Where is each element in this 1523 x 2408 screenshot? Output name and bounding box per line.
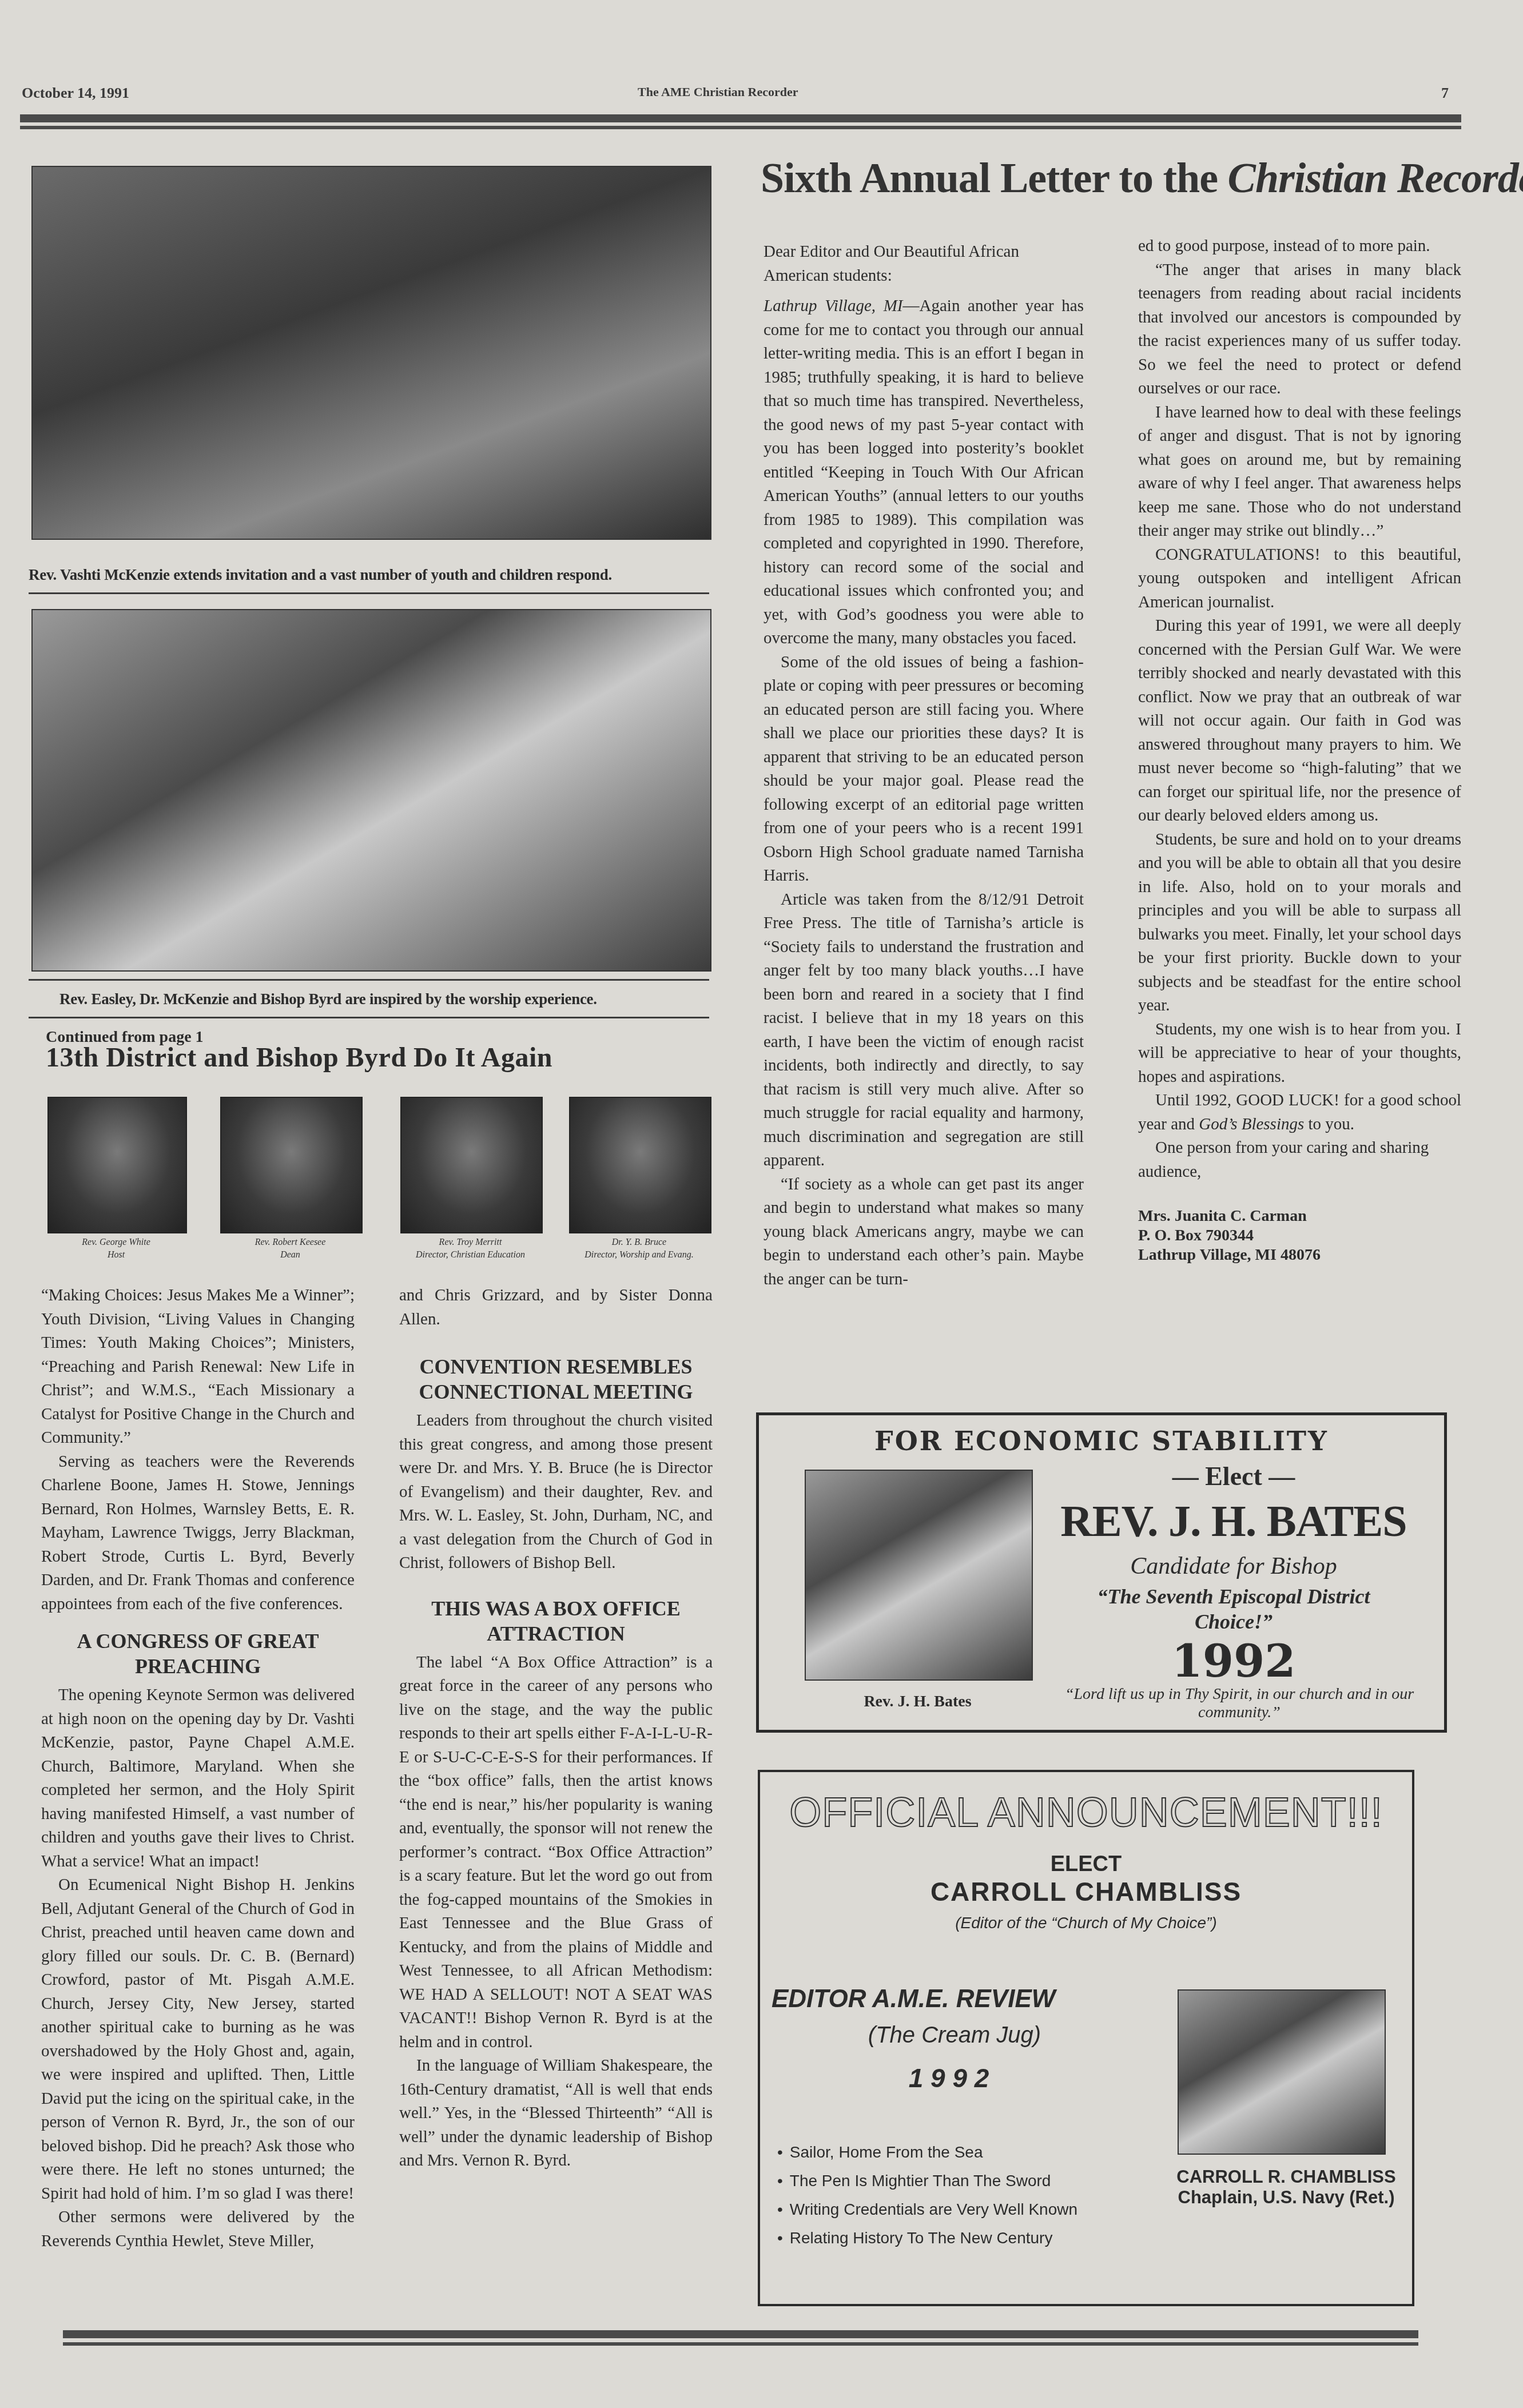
- portrait-caption: Rev. Robert Keesee Dean: [220, 1236, 360, 1261]
- photo-title: Chaplain, U.S. Navy (Ret.): [1172, 2187, 1401, 2208]
- candidate-name: CARROLL CHAMBLISS: [760, 1876, 1412, 1907]
- headline-italic: Christian Recorder: [1228, 155, 1523, 202]
- official-announcement-banner: OFFICIAL ANNOUNCEMENT!!!: [760, 1789, 1412, 1836]
- paragraph: In the language of William Shakespeare, …: [399, 2054, 713, 2173]
- candidate-name: REV. J. H. BATES: [1033, 1495, 1434, 1547]
- qualification-item: Writing Credentials are Very Well Known: [777, 2195, 1077, 2224]
- paragraph: On Ecumenical Night Bishop H. Jenkins Be…: [41, 1873, 355, 2206]
- paragraph: “If society as a whole can get past its …: [764, 1173, 1084, 1292]
- chambliss-photo: [1178, 1989, 1386, 2155]
- paragraph: The label “A Box Office Attraction” is a…: [399, 1651, 713, 2055]
- photo-youth-respond: [31, 166, 711, 540]
- elect-label: — Elect —: [1033, 1461, 1434, 1491]
- caption-divider: [29, 592, 709, 594]
- paragraph: ed to good purpose, instead of to more p…: [1138, 234, 1461, 258]
- footer-rule-thin: [63, 2342, 1418, 2346]
- portrait-caption: Rev. George White Host: [47, 1236, 185, 1261]
- photo-caption: CARROLL R. CHAMBLISS Chaplain, U.S. Navy…: [1172, 2167, 1401, 2208]
- dateline: Lathrup Village, MI: [764, 297, 903, 315]
- subheading-box-office: THIS WAS A BOX OFFICE ATTRACTION: [399, 1596, 713, 1646]
- election-year: 1992: [1033, 1635, 1434, 1687]
- signature-name: Mrs. Juanita C. Carman: [1138, 1207, 1461, 1226]
- paragraph: Students, be sure and hold on to your dr…: [1138, 828, 1461, 1018]
- qualification-item: Sailor, Home From the Sea: [777, 2138, 1077, 2167]
- letter-headline: Sixth Annual Letter to the Christian Rec…: [761, 154, 1523, 203]
- paragraph: Other sermons were delivered by the Reve…: [41, 2206, 355, 2253]
- paragraph: Serving as teachers were the Reverends C…: [41, 1450, 355, 1617]
- qualification-item: Relating History To The New Century: [777, 2224, 1077, 2252]
- portrait-name: Rev. Robert Keesee: [220, 1236, 360, 1249]
- bates-photo: [805, 1470, 1033, 1681]
- footer-rule-thick: [63, 2330, 1418, 2338]
- portrait-name: Rev. Troy Merritt: [389, 1236, 552, 1249]
- bates-motto: “Lord lift us up in Thy Spirit, in our c…: [1056, 1685, 1422, 1722]
- article-column-2: and Chris Grizzard, and by Sister Donna …: [399, 1284, 713, 2173]
- chambliss-campaign-ad: OFFICIAL ANNOUNCEMENT!!! ELECT CARROLL C…: [758, 1770, 1414, 2306]
- candidate-office: Candidate for Bishop: [1033, 1553, 1434, 1580]
- portrait-george-white: [47, 1097, 187, 1233]
- publication-name: The AME Christian Recorder: [638, 85, 798, 99]
- paragraph: Leaders from throughout the church visit…: [399, 1409, 713, 1575]
- portrait-caption: Rev. Troy Merritt Director, Christian Ed…: [389, 1236, 552, 1261]
- paragraph: “The anger that arises in many black tee…: [1138, 258, 1461, 401]
- paragraph: One person from your caring and sharing …: [1138, 1136, 1461, 1184]
- portrait-title: Host: [47, 1249, 185, 1261]
- paragraph: I have learned how to deal with these fe…: [1138, 401, 1461, 543]
- bates-campaign-ad: FOR ECONOMIC STABILITY Rev. J. H. Bates …: [756, 1412, 1447, 1733]
- qualification-item: The Pen Is Mightier Than The Sword: [777, 2167, 1077, 2195]
- portrait-name: Dr. Y. B. Bruce: [555, 1236, 723, 1249]
- ad-top-line: FOR ECONOMIC STABILITY: [759, 1426, 1444, 1456]
- position-title: EDITOR A.M.E. REVIEW: [772, 1985, 1055, 2013]
- paragraph: “Making Choices: Jesus Makes Me a Winner…: [41, 1284, 355, 1450]
- portrait-title: Director, Christian Education: [389, 1249, 552, 1261]
- letter-column-1: Dear Editor and Our Beautiful African Am…: [764, 240, 1084, 1291]
- masthead-rule-thick: [20, 114, 1461, 122]
- photo-worship-leaders: [31, 609, 711, 972]
- issue-date: October 14, 1991: [22, 85, 129, 102]
- masthead-rule-thin: [20, 126, 1461, 129]
- photo-caption-top: Rev. Vashti McKenzie extends invitation …: [29, 566, 612, 584]
- portrait-yb-bruce: [569, 1097, 711, 1233]
- letter-column-2: ed to good purpose, instead of to more p…: [1138, 234, 1461, 1265]
- portrait-troy-merritt: [400, 1097, 543, 1233]
- bates-photo-caption: Rev. J. H. Bates: [805, 1693, 1031, 1711]
- paragraph: Some of the old issues of being a fashio…: [764, 651, 1084, 888]
- photo-caption-second: Rev. Easley, Dr. McKenzie and Bishop Byr…: [59, 990, 597, 1008]
- paragraph: CONGRATULATIONS! to this beautiful, youn…: [1138, 543, 1461, 615]
- caption-divider: [29, 1017, 709, 1018]
- portrait-title: Director, Worship and Evang.: [555, 1249, 723, 1261]
- signature-po-box: P. O. Box 790344: [1138, 1226, 1461, 1245]
- subheading-congress: A CONGRESS OF GREAT PREACHING: [41, 1629, 355, 1679]
- election-year: 1 9 9 2: [772, 2063, 1126, 2093]
- signature-city: Lathrup Village, MI 48076: [1138, 1245, 1461, 1265]
- caption-divider: [29, 979, 709, 981]
- article-column-1: “Making Choices: Jesus Makes Me a Winner…: [41, 1284, 355, 2253]
- paragraph: Until 1992, GOOD LUCK! for a good school…: [1138, 1089, 1461, 1136]
- paragraph: The opening Keynote Sermon was delivered…: [41, 1683, 355, 1873]
- subheading-convention: CONVENTION RESEMBLES CONNECTIONAL MEETIN…: [399, 1354, 713, 1404]
- qualifications-list: Sailor, Home From the Sea The Pen Is Mig…: [777, 2138, 1077, 2252]
- paragraph: Lathrup Village, MI—Again another year h…: [764, 294, 1084, 651]
- portrait-caption: Dr. Y. B. Bruce Director, Worship and Ev…: [555, 1236, 723, 1261]
- page-number: 7: [1441, 85, 1449, 102]
- paragraph: Students, my one wish is to hear from yo…: [1138, 1018, 1461, 1089]
- editor-of-note: (Editor of the “Church of My Choice”): [760, 1914, 1412, 1932]
- signature-block: Mrs. Juanita C. Carman P. O. Box 790344 …: [1138, 1207, 1461, 1265]
- salutation: Dear Editor and Our Beautiful African Am…: [764, 240, 1084, 288]
- portrait-name: Rev. George White: [47, 1236, 185, 1249]
- elect-label: ELECT: [760, 1852, 1412, 1877]
- photo-name: CARROLL R. CHAMBLISS: [1172, 2167, 1401, 2187]
- paragraph: Article was taken from the 8/12/91 Detro…: [764, 888, 1084, 1173]
- paragraph: and Chris Grizzard, and by Sister Donna …: [399, 1284, 713, 1331]
- nickname: (The Cream Jug): [772, 2023, 1138, 2048]
- portrait-robert-keesee: [220, 1097, 363, 1233]
- paragraph: During this year of 1991, we were all de…: [1138, 614, 1461, 828]
- district-choice: “The Seventh Episcopal District Choice!”: [1091, 1584, 1377, 1634]
- portrait-title: Dean: [220, 1249, 360, 1261]
- article-headline: 13th District and Bishop Byrd Do It Agai…: [46, 1042, 552, 1073]
- headline-plain: Sixth Annual Letter to the: [761, 155, 1228, 202]
